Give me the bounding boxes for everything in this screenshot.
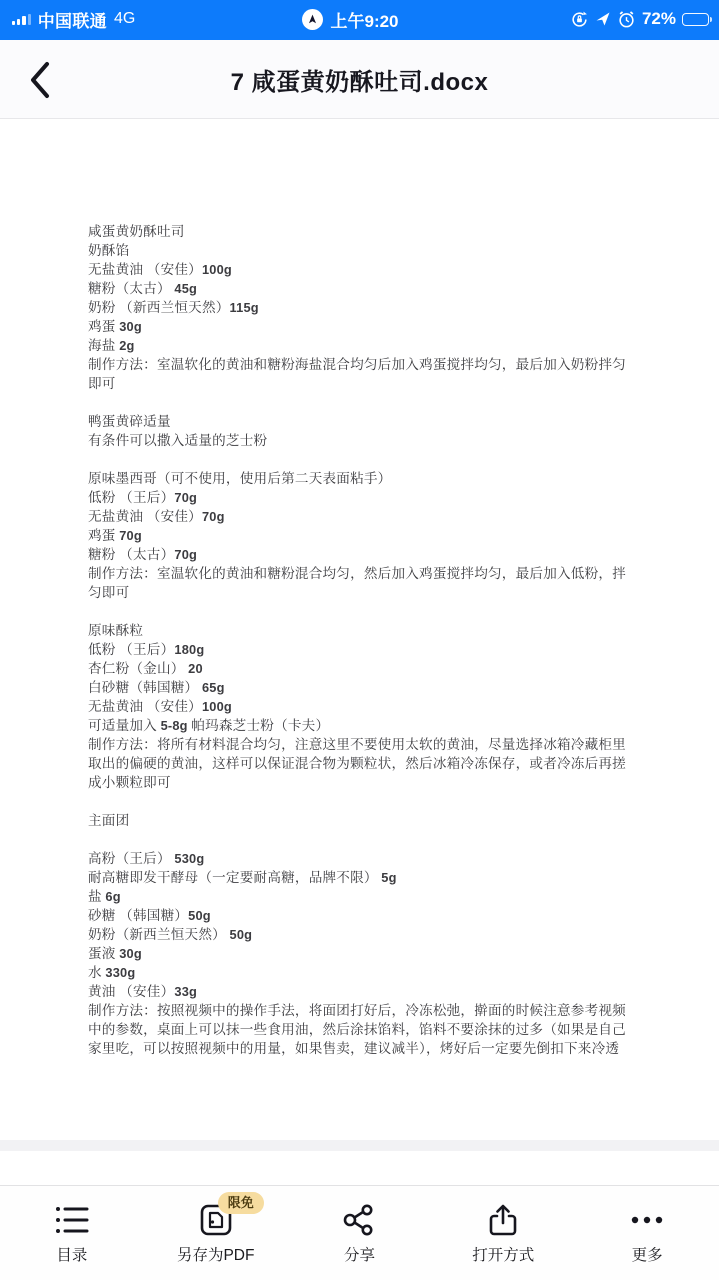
- carrier-label: 中国联通: [38, 7, 107, 32]
- bottom-toolbar: 目录 限免 另存为PDF 分享: [0, 1185, 719, 1280]
- doc-line: 海盐 2g: [88, 336, 639, 355]
- document-viewer[interactable]: 咸蛋黄奶酥吐司奶酥馅无盐黄油 （安佳）100g糖粉（太古） 45g奶粉 （新西兰…: [0, 120, 719, 1140]
- battery-percent-label: 72%: [642, 9, 676, 29]
- doc-line: 黄油 （安佳）33g: [88, 982, 639, 1001]
- doc-line: 杏仁粉（金山） 20: [88, 659, 639, 678]
- document-title: 7 咸蛋黄奶酥吐司.docx: [0, 62, 719, 97]
- doc-line: 主面团: [88, 811, 639, 830]
- doc-line: 水 330g: [88, 963, 639, 982]
- location-arrow-icon: [595, 11, 611, 27]
- doc-line: 鸡蛋 30g: [88, 317, 639, 336]
- share-nodes-icon: [342, 1199, 376, 1241]
- toolbar-label: 打开方式: [472, 1243, 534, 1265]
- orientation-lock-icon: [570, 10, 589, 29]
- doc-line: 中的参数，桌面上可以抹一些食用油，然后涂抹馅料，馅料不要涂抹的过多（如果是自己: [88, 1020, 639, 1039]
- toolbar-label: 更多: [632, 1243, 663, 1265]
- doc-line: 奶酥馅: [88, 241, 639, 260]
- doc-line: 盐 6g: [88, 887, 639, 906]
- doc-line: [88, 792, 639, 811]
- toolbar-label: 另存为PDF: [177, 1243, 255, 1265]
- doc-line: 无盐黄油 （安佳）100g: [88, 697, 639, 716]
- doc-line: 咸蛋黄奶酥吐司: [88, 222, 639, 241]
- doc-line: 奶粉（新西兰恒天然） 50g: [88, 925, 639, 944]
- app-screen: 中国联通 4G 上午9:20: [0, 0, 719, 1280]
- document-lines: 咸蛋黄奶酥吐司奶酥馅无盐黄油 （安佳）100g糖粉（太古） 45g奶粉 （新西兰…: [0, 120, 719, 1058]
- signal-strength-icon: [12, 13, 31, 25]
- toolbar-item-open-with[interactable]: 打开方式: [431, 1186, 575, 1280]
- chevron-left-icon: [29, 61, 51, 99]
- battery-icon: [682, 13, 709, 26]
- doc-line: 鸭蛋黄碎适量: [88, 412, 639, 431]
- doc-line: [88, 450, 639, 469]
- doc-line: 无盐黄油 （安佳）100g: [88, 260, 639, 279]
- nav-bar: 7 咸蛋黄奶酥吐司.docx: [0, 40, 719, 119]
- doc-line: 制作方法：按照视频中的操作手法，将面团打好后，冷冻松弛，擀面的时候注意参考视频: [88, 1001, 639, 1020]
- doc-line: 无盐黄油 （安佳）70g: [88, 507, 639, 526]
- more-dots-icon: [627, 1199, 667, 1241]
- navigation-active-icon: [302, 9, 323, 30]
- doc-line: 原味墨西哥（可不使用，使用后第二天表面粘手）: [88, 469, 639, 488]
- open-with-icon: [486, 1199, 520, 1241]
- doc-line: 砂糖 （韩国糖）50g: [88, 906, 639, 925]
- doc-line: 糖粉 （太古）70g: [88, 545, 639, 564]
- doc-line: 制作方法：将所有材料混合均匀，注意这里不要使用太软的黄油，尽量选择冰箱冷藏柜里: [88, 735, 639, 754]
- doc-line: 匀即可: [88, 583, 639, 602]
- back-button[interactable]: [16, 54, 64, 106]
- doc-line: 奶粉 （新西兰恒天然）115g: [88, 298, 639, 317]
- doc-line: 鸡蛋 70g: [88, 526, 639, 545]
- alarm-clock-icon: [617, 10, 636, 29]
- toolbar-label: 目录: [56, 1243, 87, 1265]
- limited-free-badge: 限免: [218, 1192, 264, 1214]
- doc-line: 家里吃，可以按照视频中的用量，如果售卖，建议减半），烤好后一定要先倒扣下来冷透: [88, 1039, 639, 1058]
- toolbar-label: 分享: [344, 1243, 375, 1265]
- toolbar-item-share[interactable]: 分享: [288, 1186, 432, 1280]
- toolbar-item-more[interactable]: 更多: [575, 1186, 719, 1280]
- clock-time: 上午9:20: [330, 7, 398, 32]
- page-separator: [0, 1140, 719, 1151]
- doc-line: 白砂糖（韩国糖） 65g: [88, 678, 639, 697]
- doc-line: 有条件可以撒入适量的芝士粉: [88, 431, 639, 450]
- network-type-label: 4G: [114, 10, 135, 28]
- doc-line: 原味酥粒: [88, 621, 639, 640]
- doc-line: 成小颗粒即可: [88, 773, 639, 792]
- doc-line: 即可: [88, 374, 639, 393]
- doc-line: 耐高糖即发干酵母（一定要耐高糖，品牌不限） 5g: [88, 868, 639, 887]
- toc-list-icon: [54, 1199, 90, 1241]
- doc-line: 高粉（王后） 530g: [88, 849, 639, 868]
- doc-line: 制作方法：室温软化的黄油和糖粉混合均匀，然后加入鸡蛋搅拌均匀，最后加入低粉，拌: [88, 564, 639, 583]
- doc-line: [88, 393, 639, 412]
- doc-line: 糖粉（太古） 45g: [88, 279, 639, 298]
- status-bar: 中国联通 4G 上午9:20: [0, 0, 719, 40]
- doc-line: 取出的偏硬的黄油，这样可以保证混合物为颗粒状，然后冰箱冷冻保存，或者冷冻后再搓: [88, 754, 639, 773]
- toolbar-item-save-as-pdf[interactable]: 限免 另存为PDF: [144, 1186, 288, 1280]
- doc-line: [88, 602, 639, 621]
- doc-line: [88, 830, 639, 849]
- doc-line: 蛋液 30g: [88, 944, 639, 963]
- toolbar-item-toc[interactable]: 目录: [0, 1186, 144, 1280]
- doc-line: 可适量加入 5-8g 帕玛森芝士粉（卡夫）: [88, 716, 639, 735]
- doc-line: 低粉 （王后）180g: [88, 640, 639, 659]
- next-page-top: [0, 1151, 719, 1185]
- doc-line: 制作方法：室温软化的黄油和糖粉海盐混合均匀后加入鸡蛋搅拌均匀，最后加入奶粉拌匀: [88, 355, 639, 374]
- doc-line: 低粉 （王后）70g: [88, 488, 639, 507]
